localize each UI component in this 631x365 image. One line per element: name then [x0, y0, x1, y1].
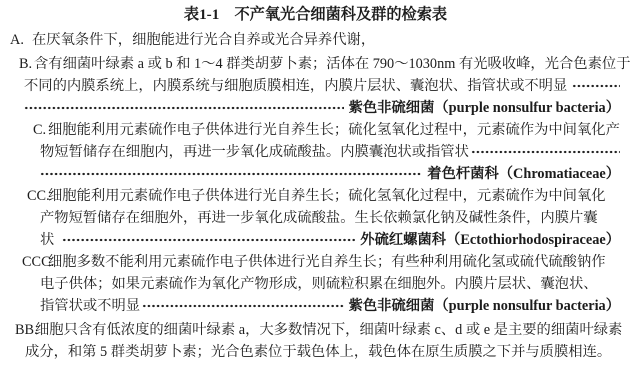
key-entry-ccc-line-3: 指管状或不明显 紫色非硫细菌（purple nonsulfur bacteria… [0, 295, 631, 317]
taxon-name: 外硫红螺菌科（Ectothiorhodospiraceae） [360, 229, 620, 251]
dot-leader [40, 167, 422, 181]
dot-leader [62, 233, 355, 247]
key-entry-text: 物短暂储存在细胞内，再进一步氧化成硫酸盐。内膜囊泡状或指管状 [40, 141, 469, 163]
key-entry-label: C. [33, 119, 48, 141]
key-entry-cc-line-2: 产物短暂储存在细胞外，再进一步氧化成硫酸盐。生长依赖氯化钠及碱性条件，内膜片囊 [0, 207, 631, 229]
key-entry-text: 含有细菌叶绿素 a 或 b 和 1～4 群类胡萝卜素；活体在 790～1030n… [34, 53, 631, 75]
key-entry-text: 在厌氧条件下，细胞能进行光合自养或光合异养代谢， [32, 29, 375, 51]
dot-leader [142, 299, 344, 313]
key-entry-ccc-line-1: CCC. 细胞多数不能利用元素硫作电子供体进行光自养生长；有些种利用硫化氢或硫代… [0, 251, 631, 273]
key-entry-c-line-2: 物短暂储存在细胞内，再进一步氧化成硫酸盐。内膜囊泡状或指管状 [0, 141, 631, 163]
key-entry-text: 指管状或不明显 [40, 295, 140, 317]
key-entry-text: 电子供体；如果元素硫作为氧化产物形成，则硫粒积累在细胞外。内膜片层状、囊泡状、 [40, 273, 598, 295]
key-entry-text: 产物短暂储存在细胞外，再进一步氧化成硫酸盐。生长依赖氯化钠及碱性条件，内膜片囊 [40, 207, 598, 229]
key-entry-text: 细胞能利用元素硫作电子供体进行光自养生长；硫化氢氧化过程中，元素硫作为中间氧化产 [48, 119, 620, 141]
table-title: 表1-1 不产氧光合细菌科及群的检索表 [0, 4, 631, 26]
key-entry-bb-line-1: BB. 细胞只含有低浓度的细菌叶绿素 a，大多数情况下，细菌叶绿素 c、d 或 … [0, 319, 631, 341]
key-entry-bb-line-2: 成分，和第 5 群类胡萝卜素；光合色素位于载色体上，载色体在原生质膜之下并与质膜… [0, 341, 631, 363]
key-entry-text: 细胞只含有低浓度的细菌叶绿素 a，大多数情况下，细菌叶绿素 c、d 或 e 是主… [35, 319, 622, 341]
key-entry-label: BB. [15, 319, 35, 341]
taxon-name: 紫色非硫细菌（purple nonsulfur bacteria） [349, 97, 620, 119]
key-entry-c-line-1: C. 细胞能利用元素硫作电子供体进行光自养生长；硫化氢氧化过程中，元素硫作为中间… [0, 119, 631, 141]
taxon-name: 着色杆菌科（Chromatiaceae） [427, 163, 620, 185]
key-entry-a-line-1: A. 在厌氧条件下，细胞能进行光合自养或光合异养代谢， [0, 29, 631, 51]
key-entry-text: 成分，和第 5 群类胡萝卜素；光合色素位于载色体上，载色体在原生质膜之下并与质膜… [25, 341, 611, 363]
key-entry-label: B. [19, 53, 34, 75]
key-entry-text: 状 [40, 229, 54, 251]
key-entry-ccc-line-2: 电子供体；如果元素硫作为氧化产物形成，则硫粒积累在细胞外。内膜片层状、囊泡状、 [0, 273, 631, 295]
key-entry-cc-line-3: 状 外硫红螺菌科（Ectothiorhodospiraceae） [0, 229, 631, 251]
dot-leader [24, 101, 344, 115]
key-entry-cc-line-1: CC. 细胞能利用元素硫作电子供体进行光自养生长；硫化氢氧化过程中，元素硫作为中… [0, 185, 631, 207]
key-entry-c-line-3: 着色杆菌科（Chromatiaceae） [0, 163, 631, 185]
key-entry-text: 细胞能利用元素硫作电子供体进行光自养生长；硫化氢氧化过程中，元素硫作为中间氧化 [48, 185, 606, 207]
key-entry-label: CC. [27, 185, 48, 207]
key-entry-text: 细胞多数不能利用元素硫作电子供体进行光自养生长；有些种利用硫化氢或硫代硫酸钠作 [48, 251, 606, 273]
key-entry-label: A. [10, 29, 32, 51]
document-page: 表1-1 不产氧光合细菌科及群的检索表 A. 在厌氧条件下，细胞能进行光合自养或… [0, 4, 631, 365]
dot-leader [471, 145, 620, 159]
key-entry-text: 不同的内膜系统上，内膜系统与细胞质膜相连，内膜片层状、囊泡状、指管状或不明显 [24, 75, 567, 97]
key-entry-b-line-3: 紫色非硫细菌（purple nonsulfur bacteria） [0, 97, 631, 119]
key-entry-label: CCC. [22, 251, 48, 273]
key-entry-b-line-2: 不同的内膜系统上，内膜系统与细胞质膜相连，内膜片层状、囊泡状、指管状或不明显 [0, 75, 631, 97]
dot-leader [572, 79, 620, 93]
taxon-name: 紫色非硫细菌（purple nonsulfur bacteria） [349, 295, 620, 317]
key-entry-b-line-1: B. 含有细菌叶绿素 a 或 b 和 1～4 群类胡萝卜素；活体在 790～10… [0, 53, 631, 75]
